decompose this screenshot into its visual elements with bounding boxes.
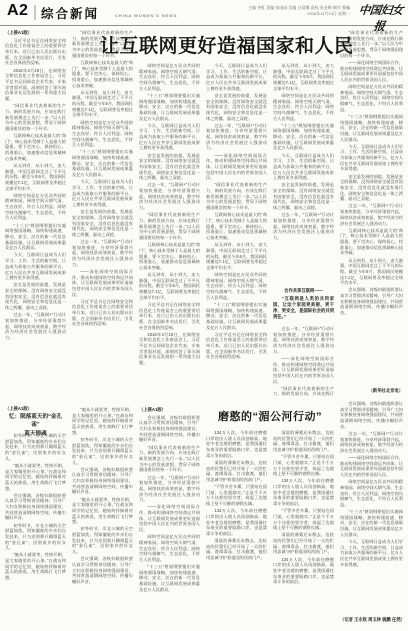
body-paragraph: 2016年4月19日，在网络安全和信息化工作座谈会上，习近平总书记同网信企业代表… [5,68,66,102]
body-paragraph: 习近平总书记在网络安全和信息化工作座谈会上的重要讲话单行本，近日已由人民出版社出… [206,332,267,360]
body-paragraph: 过去一年，“互联网+”行动计划加快推进，分享经济蓬勃兴起，网络扶贫成效初显，数字… [273,212,334,240]
body-paragraph: 习近平总书记在网络安全和信息化工作座谈会上的重要讲话单行本，近日已由人民出版社出… [139,302,200,330]
text-column: 过去一年，“互联网+”行动计划加快推进，分享经济蓬勃兴起，网络扶贫成效初显，数字… [273,326,334,396]
main-headline: 让互联网更好造福国家和人民 [100,31,340,57]
body-paragraph: 过去一年，“互联网+”行动计划加快推进，分享经济蓬勃兴起，网络扶贫成效初显，数字… [72,239,133,267]
body-paragraph: 过去一年，“互联网+”行动计划加快推进，分享经济蓬勃兴起，网络扶贫成效初显，数字… [340,431,403,454]
page-number-label: A2 [7,2,28,20]
body-paragraph: “她从小就爱笑，性格开朗，是大家眼里的开心果。”在战友和同学的记忆里，她始终怀揣… [5,463,66,491]
body-paragraph: 今天，互联网日益成为人们学习、工作、生活的新空间，日益成为获取公共服务的新平台，… [273,153,334,181]
body-paragraph: 会议强调，各级妇联组织要认真学习贯彻讲话精神，引导广大妇女积极投身网络强国建设，… [72,556,133,584]
body-paragraph: 从无到有、从小到大、由大渐强，中国互联网走过了不平凡的历程。截至今年6月，我国网… [5,163,66,191]
body-paragraph: 网络空间是亿万民众共同的精神家园。网络空间天朗气清、生态良好，符合人民利益；网络… [72,120,133,148]
body-paragraph: 清晨的薄雾还未散去，边检站的民警们已经开始了一天的忙碌。查缉毒品、打击偷渡，他们… [273,532,334,555]
body-paragraph: “她从小就爱笑，性格开朗，是大家眼里的开心果。”在战友和同学的记忆里，她始终怀揣… [72,407,133,435]
text-column: 会议强调，各级妇联组织要认真学习贯彻讲话精神，引导广大妇女积极投身网络强国建设，… [340,401,403,615]
body-paragraph: “十三五”规划纲要提出实施网络强国战略，加快构建高速、移动、安全、泛在的新一代信… [5,223,66,251]
body-paragraph: “网信事业代表着新的生产力、新的发展方向，应该在践行新发展理念上先行一步。”以人… [139,445,200,473]
body-paragraph: 网络空间是亿万民众共同的精神家园。网络空间天朗气清、生态良好，符合人民利益；网络… [139,63,200,91]
continued-tag: （上接A1版） [139,407,200,413]
body-paragraph: 安全是发展的前提，发展是安全的保障。没有网络安全就没有国家安全，没有信息化就没有… [5,282,66,310]
body-paragraph: 初冬时节，川北小城的天空湛蓝如洗。得知噩耗的乡亲们自发赶来，只为送别那只翱翔蓝天… [72,437,133,465]
body-paragraph: 清晨的薄雾还未散去，边检站的民警们已经开始了一天的忙碌。查缉毒品、打击偷渡，他们… [273,430,334,453]
header-divider [34,5,36,20]
body-paragraph: “十三五”规划纲要提出实施网络强国战略，加快构建高速、移动、安全、泛在的新一代信… [139,93,200,121]
body-paragraph: 习近平总书记在网络安全和信息化工作座谈会上的重要讲话单行本，近日已由人民出版社出… [5,38,66,66]
body-paragraph: 从无到有、从小到大、由大渐强，中国互联网走过了不平凡的历程。截至今年6月，我国网… [206,242,267,270]
body-paragraph: 会议强调，各级妇联组织要认真学习贯彻讲话精神，引导广大妇女积极投身网络强国建设，… [139,415,200,443]
body-paragraph: “不管多苦多累，只要站在国门前，心里就踏实。”正是千千万万个这样的坚守者，筑起了… [273,454,334,477]
text-column: 网络空间是亿万民众共同的精神家园。网络空间天朗气清、生态良好，符合人民利益；网络… [139,63,200,396]
reporters-attribution: （记者 王永钦 周玉林 姚鹏 任然） [340,617,403,623]
body-paragraph: 过去一年，“互联网+”行动计划加快推进，分享经济蓬勃兴起，网络扶贫成效初显，数字… [5,312,66,340]
text-column: “网信事业代表着新的生产力、新的发展方向，应该在践行新发展理念上先行一步。”以人… [340,30,403,387]
body-paragraph: 网络空间是亿万民众共同的精神家园。网络空间天朗气清、生态良好，符合人民利益；网络… [273,93,334,121]
body-paragraph: 安全是发展的前提，发展是安全的保障。没有网络安全就没有国家安全，没有信息化就没有… [340,174,403,202]
body-paragraph: 网络空间是亿万民众共同的精神家园。网络空间天朗气清、生态良好，符合人民利益；网络… [139,534,200,562]
body-paragraph: 134万人次，今年前往磨憨口岸的出入境人员再创新高。地处中老边境的磨憨，是我国通… [273,557,334,585]
body-paragraph: “十三五”规划纲要提出实施网络强国战略，加快构建高速、移动、安全、泛在的新一代信… [273,123,334,151]
body-paragraph: “网信事业代表着新的生产力、新的发展方向，应该在践行新发展理念上先行一步。”以人… [206,182,267,210]
page-header: A2 综合新闻 CHINA WOMEN'S NEWS 主编 齐虹 责编 张园园 … [0,0,408,26]
body-paragraph: “网信事业代表着新的生产力、新的发展方向，应该在践行新发展理念上先行一步。”以人… [72,30,133,58]
text-column: 从无到有、从小到大、由大渐强，中国互联网走过了不平凡的历程。截至今年6月，我国网… [273,63,334,286]
body-paragraph: 会议强调，各级妇联组织要认真学习贯彻讲话精神，引导广大妇女积极投身网络强国建设，… [340,401,403,429]
body-paragraph: ——深化网络空间国际合作，推动构建网络空间命运共同体，让互联网发展成果更好造福包… [273,356,334,384]
body-paragraph: ——深化网络空间国际合作，推动构建网络空间命运共同体，让互联网发展成果更好造福包… [340,455,403,478]
body-paragraph: 会议强调，各级妇联组织要认真学习贯彻讲话精神，引导广大妇女积极投身网络强国建设，… [340,287,403,315]
body-paragraph: 会议强调，各级妇联组织要认真学习贯彻讲话精神，引导广大妇女积极投身网络强国建设，… [72,467,133,495]
body-paragraph: 2016年4月19日，在网络安全和信息化工作座谈会上，习近平总书记同网信企业代表… [139,332,200,366]
newspaper-page: A2 综合新闻 CHINA WOMEN'S NEWS 主编 齐虹 责编 张园园 … [0,0,408,631]
body-paragraph: “不管多苦多累，只要站在国门前，心里就踏实。”正是千千万万个这样的坚守者，筑起了… [273,508,334,531]
english-masthead-label: CHINA WOMEN'S NEWS [115,13,177,18]
text-column: 今天，互联网日益成为人们学习、工作、生活的新空间，日益成为获取公共服务的新平台，… [206,63,267,396]
body-paragraph: 网络空间是亿万民众共同的精神家园。网络空间天朗气清、生态良好，符合人民利益；网络… [340,84,403,112]
body-paragraph: 网络空间是亿万民众共同的精神家园。网络空间天朗气清、生态良好，符合人民利益；网络… [340,479,403,507]
body-paragraph: 今天，互联网日益成为人们学习、工作、生活的新空间，日益成为获取公共服务的新平台，… [340,539,403,567]
edition-credits: 主编 齐虹 责编 张园园 美编 白爱娜 责校 张金梅 制作 曹巍 2016年11… [180,5,350,18]
body-paragraph: 互联网核心技术是最大的“命门”，核心技术受制于人是最大的隐患。要下定决心、保持恒… [5,133,66,161]
body-paragraph: 网络空间是亿万民众共同的精神家园。网络空间天朗气清、生态良好，符合人民利益；网络… [5,193,66,221]
body-paragraph: 安全是发展的前提，发展是安全的保障。没有网络安全就没有国家安全，没有信息化就没有… [273,182,334,210]
body-paragraph: 从无到有、从小到大、由大渐强，中国互联网走过了不平凡的历程。截至今年6月，我国网… [72,90,133,118]
body-paragraph: 从无到有、从小到大、由大渐强，中国互联网走过了不平凡的历程。截至今年6月，我国网… [340,258,403,286]
body-paragraph: 互联网核心技术是最大的“命门”，核心技术受制于人是最大的隐患。要下定决心、保持恒… [139,242,200,270]
pull-quote-kicker: 合作共享互联网—— [273,288,334,294]
body-paragraph: “十三五”规划纲要提出实施网络强国战略，加快构建高速、移动、安全、泛在的新一代信… [340,509,403,537]
body-paragraph: ——深化网络空间国际合作，推动构建网络空间命运共同体，让互联网发展成果更好造福包… [139,504,200,532]
date-line: 2016年11月14日 星期一 [180,11,350,17]
body-paragraph: 今天，互联网日益成为人们学习、工作、生活的新空间，日益成为获取公共服务的新平台，… [206,63,267,91]
body-paragraph: 从无到有、从小到大、由大渐强，中国互联网走过了不平凡的历程。截至今年6月，我国网… [139,272,200,300]
body-paragraph: 今天，互联网日益成为人们学习、工作、生活的新空间，日益成为获取公共服务的新平台，… [340,144,403,172]
body-paragraph: “不管多苦多累，只要站在国门前，心里就踏实。”正是千千万万个这样的坚守者，筑起了… [206,484,267,507]
body-paragraph: “网信事业代表着新的生产力、新的发展方向，应该在践行新发展理念上先行一步。”以人… [273,386,334,396]
body-paragraph: 134万人次，今年前往磨憨口岸的出入境人员再创新高。地处中老边境的磨憨，是我国通… [206,430,267,458]
body-paragraph: 互联网核心技术是最大的“命门”，核心技术受制于人是最大的隐患。要下定决心、保持恒… [72,60,133,88]
text-column: （上接A1版）习近平总书记在网络安全和信息化工作座谈会上的重要讲话单行本，近日已… [5,30,66,396]
pull-quote-block: 合作共享互联网—— “互联网是人类的共同家园，让这个家园更美丽、更干净、更安全，… [273,288,334,324]
body-paragraph: 会议强调，各级妇联组织要认真学习贯彻讲话精神，引导广大妇女积极投身网络强国建设，… [5,493,66,521]
body-paragraph: 安全是发展的前提，发展是安全的保障。没有网络安全就没有国家安全，没有信息化就没有… [206,93,267,121]
text-column: “网信事业代表着新的生产力、新的发展方向，应该在践行新发展理念上先行一步。”以人… [72,30,133,396]
body-paragraph: ——深化网络空间国际合作，推动构建网络空间命运共同体，让互联网发展成果更好造福包… [340,60,403,83]
body-paragraph: “十三五”规划纲要提出实施网络强国战略，加快构建高速、移动、安全、泛在的新一代信… [72,149,133,177]
body-paragraph: 过去一年，“互联网+”行动计划加快推进，分享经济蓬勃兴起，网络扶贫成效初显，数字… [273,326,334,354]
text-column: 初冬时节，川北小城的天空湛蓝如洗。得知噩耗的乡亲们自发赶来，只为送别那只翱翔蓝天… [5,433,66,628]
xinhua-attribution: （新华社北京电） [340,388,403,394]
body-paragraph: “十三五”规划纲要提出实施网络强国战略，加快构建高速、移动、安全、泛在的新一代信… [206,302,267,330]
section-title: 综合新闻 [41,4,99,22]
body-paragraph: 今天，互联网日益成为人们学习、工作、生活的新空间，日益成为获取公共服务的新平台，… [72,179,133,207]
pull-quote-text: “互联网是人类的共同家园，让这个家园更美丽、更干净、更安全，是国际社会的共同责任… [273,296,334,320]
text-column: 清晨的薄雾还未散去，边检站的民警们已经开始了一天的忙碌。查缉毒品、打击偷渡，他们… [273,430,334,628]
body-paragraph: 安全是发展的前提，发展是安全的保障。没有网络安全就没有国家安全，没有信息化就没有… [72,209,133,237]
body-paragraph: “网信事业代表着新的生产力、新的发展方向，应该在践行新发展理念上先行一步。”以人… [139,212,200,240]
body-paragraph: 过去一年，“互联网+”行动计划加快推进，分享经济蓬勃兴起，网络扶贫成效初显，数字… [139,182,200,210]
body-paragraph: 初冬时节，川北小城的天空湛蓝如洗。得知噩耗的乡亲们自发赶来，只为送别那只翱翔蓝天… [5,523,66,551]
body-paragraph: “十三五”规划纲要提出实施网络强国战略，加快构建高速、移动、安全、泛在的新一代信… [340,114,403,142]
body-paragraph: 清晨的薄雾还未散去，边检站的民警们已经开始了一天的忙碌。查缉毒品、打击偷渡，他们… [206,538,267,561]
body-paragraph: 安全是发展的前提，发展是安全的保障。没有网络安全就没有国家安全，没有信息化就没有… [139,153,200,181]
body-paragraph: 清晨的薄雾还未散去，边检站的民警们已经开始了一天的忙碌。查缉毒品、打击偷渡，他们… [206,460,267,483]
body-paragraph: 过去一年，“互联网+”行动计划加快推进，分享经济蓬勃兴起，网络扶贫成效初显，数字… [340,203,403,226]
body-paragraph: “她从小就爱笑，性格开朗，是大家眼里的开心果。”在战友和同学的记忆里，她始终怀揣… [72,497,133,525]
text-column: “她从小就爱笑，性格开朗，是大家眼里的开心果。”在战友和同学的记忆里，她始终怀揣… [72,407,133,628]
memorial-headline-line1: 忆：陨落蓝天的“金孔雀” [5,413,66,430]
body-paragraph: ——深化网络空间国际合作，推动构建网络空间命运共同体，让互联网发展成果更好造福包… [206,153,267,181]
body-paragraph: 互联网核心技术是最大的“命门”，核心技术受制于人是最大的隐患。要下定决心、保持恒… [206,212,267,240]
body-paragraph: 今天，互联网日益成为人们学习、工作、生活的新空间，日益成为获取公共服务的新平台，… [139,123,200,151]
text-column: （上接A1版）会议强调，各级妇联组织要认真学习贯彻讲话精神，引导广大妇女积极投身… [139,407,200,628]
body-paragraph: “网信事业代表着新的生产力、新的发展方向，应该在践行新发展理念上先行一步。”以人… [5,103,66,131]
body-paragraph: 今天，互联网日益成为人们学习、工作、生活的新空间，日益成为获取公共服务的新平台，… [5,252,66,280]
continued-tag: （上接A1版） [5,406,66,412]
body-paragraph: 过去一年，“互联网+”行动计划加快推进，分享经济蓬勃兴起，网络扶贫成效初显，数字… [206,123,267,151]
body-paragraph: 从无到有、从小到大、由大渐强，中国互联网走过了不平凡的历程。截至今年6月，我国网… [273,63,334,91]
body-paragraph: 网络空间是亿万民众共同的精神家园。网络空间天朗气清、生态良好，符合人民利益；网络… [206,272,267,300]
body-paragraph: “她从小就爱笑，性格开朗，是大家眼里的开心果。”在战友和同学的记忆里，她始终怀揣… [5,552,66,580]
body-paragraph: ——深化网络空间国际合作，推动构建网络空间命运共同体，让互联网发展成果更好造福包… [72,269,133,297]
body-paragraph: “十三五”规划纲要提出实施网络强国战略，加快构建高速、移动、安全、泛在的新一代信… [139,564,200,592]
body-paragraph: 过去一年，“互联网+”行动计划加快推进，分享经济蓬勃兴起，网络扶贫成效初显，数字… [139,475,200,503]
mekong-headline: 磨憨的“湄公河行动” [206,408,334,424]
body-paragraph: 134万人次，今年前往磨憨口岸的出入境人员再创新高。地处中老边境的磨憨，是我国通… [206,508,267,536]
continued-tag: （上接A1版） [5,30,66,36]
body-paragraph: 互联网核心技术是最大的“命门”，核心技术受制于人是最大的隐患。要下定决心、保持恒… [340,228,403,256]
body-paragraph: 习近平总书记在网络安全和信息化工作座谈会上的重要讲话单行本，近日已由人民出版社出… [72,299,133,327]
body-paragraph: 初冬时节，川北小城的天空湛蓝如洗。得知噩耗的乡亲们自发赶来，只为送别那只翱翔蓝天… [5,433,66,461]
text-column: 134万人次，今年前往磨憨口岸的出入境人员再创新高。地处中老边境的磨憨，是我国通… [206,430,267,628]
body-paragraph: 134万人次，今年前往磨憨口岸的出入境人员再创新高。地处中老边境的磨憨，是我国通… [273,478,334,506]
body-paragraph: 初冬时节，川北小城的天空湛蓝如洗。得知噩耗的乡亲们自发赶来，只为送别那只翱翔蓝天… [72,526,133,554]
body-paragraph: “网信事业代表着新的生产力、新的发展方向，应该在践行新发展理念上先行一步。”以人… [340,30,403,58]
